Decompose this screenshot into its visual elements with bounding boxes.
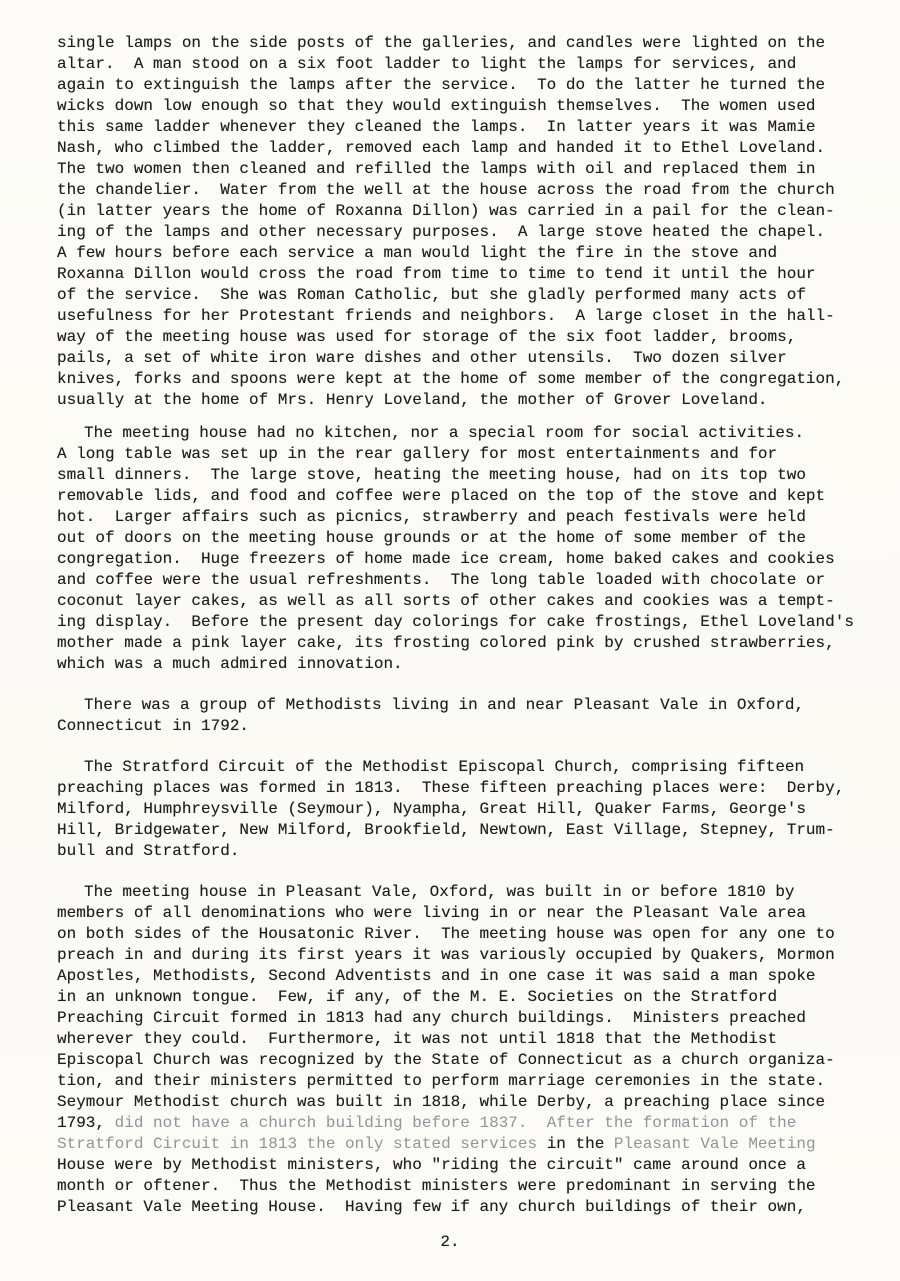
scanned-document-page: single lamps on the side posts of the ga… [0,0,900,1281]
text-line: A long table was set up in the rear gall… [57,444,872,465]
text-segment: Roxanna Dillon would cross the road from… [57,265,816,283]
text-line: knives, forks and spoons were kept at th… [57,369,872,390]
text-line: altar. A man stood on a six foot ladder … [57,54,872,75]
document-text: single lamps on the side posts of the ga… [57,33,872,1218]
text-segment: removable lids, and food and coffee were… [57,487,825,505]
text-segment: Nash, who climbed the ladder, removed ea… [57,139,825,157]
text-segment: again to extinguish the lamps after the … [57,76,825,94]
text-segment: Apostles, Methodists, Second Adventists … [57,967,816,985]
text-line: Preaching Circuit formed in 1813 had any… [57,1008,872,1029]
text-segment: and coffee were the usual refreshments. … [57,571,825,589]
text-line: ing of the lamps and other necessary pur… [57,222,872,243]
text-line: single lamps on the side posts of the ga… [57,33,872,54]
text-segment: usually at the home of Mrs. Henry Lovela… [57,391,768,409]
text-segment: wherever they could. Furthermore, it was… [57,1030,777,1048]
text-segment: coconut layer cakes, as well as all sort… [57,592,835,610]
text-line: wherever they could. Furthermore, it was… [57,1029,872,1050]
text-segment: There was a group of Methodists living i… [84,696,804,714]
paragraph: The Stratford Circuit of the Methodist E… [57,757,872,862]
text-line: Pleasant Vale Meeting House. Having few … [57,1197,872,1218]
text-segment: single lamps on the side posts of the ga… [57,34,825,52]
text-segment: this same ladder whenever they cleaned t… [57,118,816,136]
text-segment: small dinners. The large stove, heating … [57,466,806,484]
text-line: ing display. Before the present day colo… [57,612,872,633]
text-line: Apostles, Methodists, Second Adventists … [57,966,872,987]
text-line: coconut layer cakes, as well as all sort… [57,591,872,612]
text-line: (in latter years the home of Roxanna Dil… [57,201,872,222]
text-line: 1793, did not have a church building bef… [57,1113,872,1134]
text-segment: The meeting house had no kitchen, nor a … [84,424,804,442]
text-line: tion, and their ministers permitted to p… [57,1071,872,1092]
text-segment: tion, and their ministers permitted to p… [57,1072,825,1090]
text-line: The meeting house had no kitchen, nor a … [57,423,872,444]
text-line: hot. Larger affairs such as picnics, str… [57,507,872,528]
text-segment: ing display. Before the present day colo… [57,613,854,631]
text-segment: members of all denominations who were li… [57,904,806,922]
text-line: small dinners. The large stove, heating … [57,465,872,486]
text-line: Roxanna Dillon would cross the road from… [57,264,872,285]
text-segment: the chandelier. Water from the well at t… [57,181,835,199]
text-segment: (in latter years the home of Roxanna Dil… [57,202,835,220]
text-line: pails, a set of white iron ware dishes a… [57,348,872,369]
text-line: A few hours before each service a man wo… [57,243,872,264]
text-segment-faded: Pleasant Vale Meeting [614,1135,816,1153]
text-segment: Connecticut in 1792. [57,717,249,735]
text-segment: of the service. She was Roman Catholic, … [57,286,806,304]
text-segment: bull and Stratford. [57,842,239,860]
text-segment: A few hours before each service a man wo… [57,244,777,262]
text-segment: The meeting house in Pleasant Vale, Oxfo… [84,883,795,901]
text-line: members of all denominations who were li… [57,903,872,924]
text-segment: pails, a set of white iron ware dishes a… [57,349,787,367]
text-line: removable lids, and food and coffee were… [57,486,872,507]
text-line: preach in and during its first years it … [57,945,872,966]
text-line: usually at the home of Mrs. Henry Lovela… [57,390,872,411]
page-number: 2. [0,1232,900,1253]
text-segment: preach in and during its first years it … [57,946,835,964]
text-line: out of doors on the meeting house ground… [57,528,872,549]
text-line: There was a group of Methodists living i… [57,695,872,716]
text-segment: Seymour Methodist church was built in 18… [57,1093,825,1111]
text-segment: The two women then cleaned and refilled … [57,160,816,178]
text-line: Stratford Circuit in 1813 the only state… [57,1134,872,1155]
text-segment: ing of the lamps and other necessary pur… [57,223,825,241]
text-segment-faded: After the formation of the [547,1114,797,1132]
text-line: congregation. Huge freezers of home made… [57,549,872,570]
paragraph: The meeting house had no kitchen, nor a … [57,423,872,675]
paragraph: There was a group of Methodists living i… [57,695,872,737]
text-segment: Milford, Humphreysville (Seymour), Nyamp… [57,800,806,818]
text-line: in an unknown tongue. Few, if any, of th… [57,987,872,1008]
text-segment: on both sides of the Housatonic River. T… [57,925,835,943]
text-segment: The Stratford Circuit of the Methodist E… [84,758,804,776]
text-line: The Stratford Circuit of the Methodist E… [57,757,872,778]
text-segment: Hill, Bridgewater, New Milford, Brookfie… [57,821,835,839]
text-segment: Preaching Circuit formed in 1813 had any… [57,1009,806,1027]
text-line: usefulness for her Protestant friends an… [57,306,872,327]
text-segment-faded: Stratford Circuit in 1813 the only state… [57,1135,547,1153]
text-line: House were by Methodist ministers, who "… [57,1155,872,1176]
text-line: mother made a pink layer cake, its frost… [57,633,872,654]
text-segment: altar. A man stood on a six foot ladder … [57,55,796,73]
text-segment: usefulness for her Protestant friends an… [57,307,835,325]
text-segment: 1793, [57,1114,115,1132]
text-line: again to extinguish the lamps after the … [57,75,872,96]
text-line: month or oftener. Thus the Methodist min… [57,1176,872,1197]
text-segment: in an unknown tongue. Few, if any, of th… [57,988,777,1006]
text-line: The two women then cleaned and refilled … [57,159,872,180]
text-segment: preaching places was formed in 1813. The… [57,779,844,797]
text-segment-faded [527,1114,546,1132]
text-line: the chandelier. Water from the well at t… [57,180,872,201]
text-segment: knives, forks and spoons were kept at th… [57,370,844,388]
text-line: and coffee were the usual refreshments. … [57,570,872,591]
text-segment: mother made a pink layer cake, its frost… [57,634,835,652]
text-line: The meeting house in Pleasant Vale, Oxfo… [57,882,872,903]
text-segment: in the [547,1135,614,1153]
text-segment: Pleasant Vale Meeting House. Having few … [57,1198,806,1216]
text-line: preaching places was formed in 1813. The… [57,778,872,799]
text-segment-faded: did not have a church building before 18… [115,1114,528,1132]
text-segment: wicks down low enough so that they would… [57,97,816,115]
text-segment: Episcopal Church was recognized by the S… [57,1051,835,1069]
text-segment: House were by Methodist ministers, who "… [57,1156,806,1174]
text-segment: congregation. Huge freezers of home made… [57,550,835,568]
text-line: Connecticut in 1792. [57,716,872,737]
text-line: Hill, Bridgewater, New Milford, Brookfie… [57,820,872,841]
text-line: on both sides of the Housatonic River. T… [57,924,872,945]
text-line: Episcopal Church was recognized by the S… [57,1050,872,1071]
text-line: bull and Stratford. [57,841,872,862]
text-segment: A long table was set up in the rear gall… [57,445,777,463]
text-line: way of the meeting house was used for st… [57,327,872,348]
text-segment: out of doors on the meeting house ground… [57,529,806,547]
text-segment: which was a much admired innovation. [57,655,403,673]
paragraph: single lamps on the side posts of the ga… [57,33,872,411]
text-line: wicks down low enough so that they would… [57,96,872,117]
text-segment: way of the meeting house was used for st… [57,328,796,346]
text-line: Milford, Humphreysville (Seymour), Nyamp… [57,799,872,820]
paragraph: The meeting house in Pleasant Vale, Oxfo… [57,882,872,1218]
text-line: this same ladder whenever they cleaned t… [57,117,872,138]
text-segment: hot. Larger affairs such as picnics, str… [57,508,806,526]
text-line: Seymour Methodist church was built in 18… [57,1092,872,1113]
text-segment: month or oftener. Thus the Methodist min… [57,1177,816,1195]
text-line: which was a much admired innovation. [57,654,872,675]
text-line: Nash, who climbed the ladder, removed ea… [57,138,872,159]
text-line: of the service. She was Roman Catholic, … [57,285,872,306]
